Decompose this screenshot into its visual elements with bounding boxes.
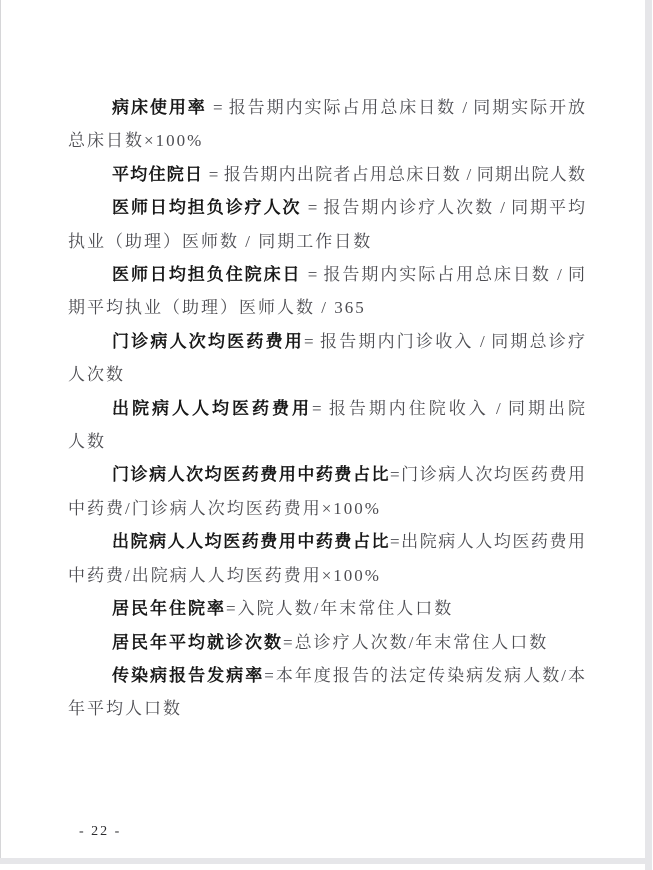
term-text: 门诊病人次均医药费用中药费占比 — [112, 465, 390, 484]
formula-text: =本年度报告的法定传染病发病人数/本 — [264, 666, 585, 685]
term-text: 门诊病人次均医药费用 — [112, 332, 304, 351]
page-number: - 22 - — [79, 824, 121, 840]
term-text: 居民年平均就诊次数 — [112, 633, 283, 652]
definition-line-avg-expense-per-outpatient-visit: 门诊病人次均医药费用= 报告期内门诊收入 / 同期总诊疗 — [68, 325, 585, 358]
formula-text: =出院病人人均医药费用 — [390, 532, 585, 551]
definition-line-annual-hospitalization-rate: 居民年住院率=入院人数/年末常住人口数 — [68, 592, 585, 625]
definition-line-tcm-fee-share-discharged: 出院病人人均医药费用中药费占比=出院病人人均医药费用 — [68, 525, 585, 558]
formula-text: 总床日数×100% — [68, 131, 203, 150]
document-page: 病床使用率 = 报告期内实际占用总床日数 / 同期实际开放总床日数×100%平均… — [0, 0, 653, 870]
definitions-list: 病床使用率 = 报告期内实际占用总床日数 / 同期实际开放总床日数×100%平均… — [68, 91, 585, 726]
term-text: 出院病人人均医药费用 — [112, 399, 312, 418]
formula-text: 期平均执业（助理）医师人数 / 365 — [68, 298, 366, 317]
definition-line-infectious-disease-reported-incidence: 传染病报告发病率=本年度报告的法定传染病发病人数/本 — [68, 659, 585, 692]
formula-text: 中药费/出院病人人均医药费用×100% — [68, 566, 381, 585]
term-text: 病床使用率 — [112, 98, 207, 117]
formula-text: 中药费/门诊病人次均医药费用×100% — [68, 499, 381, 518]
term-text: 出院病人人均医药费用中药费占比 — [112, 532, 390, 551]
definition-line-avg-expense-per-outpatient-visit: 人次数 — [68, 358, 585, 391]
definition-line-average-length-of-stay: 平均住院日 = 报告期内出院者占用总床日数 / 同期出院人数 — [68, 158, 585, 191]
formula-text: =总诊疗人次数/年末常住人口数 — [283, 633, 548, 652]
formula-text: = 报告期内住院收入 / 同期出院 — [312, 399, 585, 418]
term-text: 医师日均担负诊疗人次 — [112, 198, 302, 217]
term-text: 传染病报告发病率 — [112, 666, 264, 685]
formula-text: 年平均人口数 — [68, 699, 182, 718]
formula-text: 人数 — [68, 432, 106, 451]
definition-line-daily-visits-per-physician: 执业（助理）医师数 / 同期工作日数 — [68, 225, 585, 258]
definition-line-daily-visits-per-physician: 医师日均担负诊疗人次 = 报告期内诊疗人次数 / 同期平均 — [68, 191, 585, 224]
formula-text: =入院人数/年末常住人口数 — [226, 599, 453, 618]
definition-line-tcm-fee-share-discharged: 中药费/出院病人人均医药费用×100% — [68, 559, 585, 592]
scan-edge-right — [645, 0, 652, 870]
formula-text: = 报告期内实际占用总床日数 / 同 — [302, 265, 586, 284]
formula-text: = 报告期内诊疗人次数 / 同期平均 — [302, 198, 586, 217]
definition-line-avg-expense-per-discharged-patient: 出院病人人均医药费用= 报告期内住院收入 / 同期出院 — [68, 392, 585, 425]
term-text: 医师日均担负住院床日 — [112, 265, 302, 284]
definition-line-daily-bed-days-per-physician: 医师日均担负住院床日 = 报告期内实际占用总床日数 / 同 — [68, 258, 585, 291]
definition-line-bed-utilization-rate: 总床日数×100% — [68, 124, 585, 157]
definition-line-avg-expense-per-discharged-patient: 人数 — [68, 425, 585, 458]
formula-text: =门诊病人次均医药费用 — [390, 465, 585, 484]
formula-text: = 报告期内实际占用总床日数 / 同期实际开放 — [207, 98, 585, 117]
definition-line-tcm-fee-share-outpatient: 中药费/门诊病人次均医药费用×100% — [68, 492, 585, 525]
definition-line-annual-visits-per-resident: 居民年平均就诊次数=总诊疗人次数/年末常住人口数 — [68, 626, 585, 659]
scan-edge-bottom — [0, 858, 645, 864]
formula-text: 执业（助理）医师数 / 同期工作日数 — [68, 232, 372, 251]
definition-line-infectious-disease-reported-incidence: 年平均人口数 — [68, 692, 585, 725]
scan-edge-left — [0, 0, 1, 858]
definition-line-daily-bed-days-per-physician: 期平均执业（助理）医师人数 / 365 — [68, 291, 585, 324]
formula-text: = 报告期内门诊收入 / 同期总诊疗 — [304, 332, 585, 351]
formula-text: 人次数 — [68, 365, 125, 384]
definition-line-bed-utilization-rate: 病床使用率 = 报告期内实际占用总床日数 / 同期实际开放 — [68, 91, 585, 124]
definition-line-tcm-fee-share-outpatient: 门诊病人次均医药费用中药费占比=门诊病人次均医药费用 — [68, 458, 585, 491]
term-text: 平均住院日 — [112, 165, 203, 184]
term-text: 居民年住院率 — [112, 599, 226, 618]
formula-text: = 报告期内出院者占用总床日数 / 同期出院人数 — [203, 165, 585, 184]
